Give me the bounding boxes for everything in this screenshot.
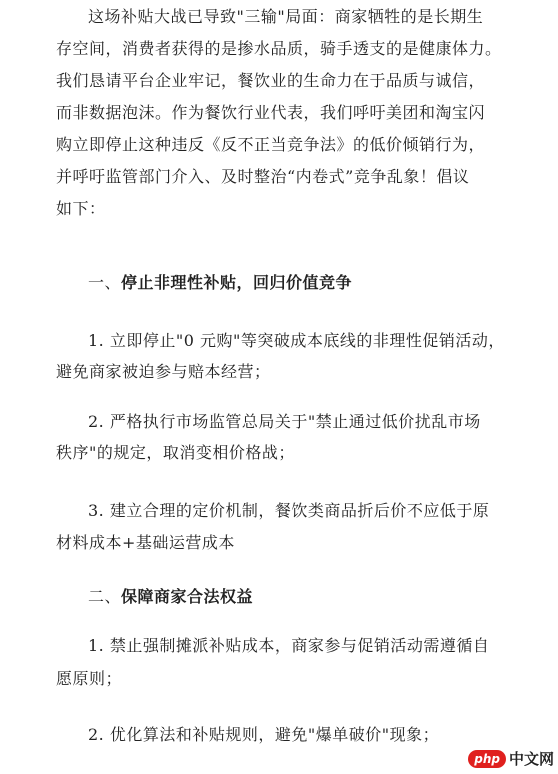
paragraph-line: 我们恳请平台企业牢记，餐饮业的生命力在于品质与诚信，: [56, 71, 526, 91]
section-title: 保障商家合法权益: [121, 587, 253, 606]
paragraph-line: 并呼吁监管部门介入、及时整治“内卷式”竞争乱象！倡议: [56, 167, 526, 187]
section-heading: 一、停止非理性补贴，回归价值竞争: [88, 273, 528, 293]
item-line: 秩序"的规定，取消变相价格战；: [56, 443, 526, 463]
php-logo-icon: php: [468, 750, 506, 768]
watermark-logo: php 中文网: [468, 750, 554, 768]
item-line: 1. 禁止强制摊派补贴成本，商家参与促销活动需遵循自: [88, 636, 528, 656]
paragraph-line: 存空间，消费者获得的是掺水品质，骑手透支的是健康体力。: [56, 39, 526, 59]
item-line: 2. 严格执行市场监管总局关于"禁止通过低价扰乱市场: [88, 412, 528, 432]
paragraph-line: 购立即停止这种违反《反不正当竞争法》的低价倾销行为，: [56, 135, 526, 155]
section-number: 一、: [88, 273, 121, 292]
item-line: 避免商家被迫参与赔本经营；: [56, 362, 526, 382]
item-line: 1. 立即停止"0 元购"等突破成本底线的非理性促销活动，: [88, 331, 528, 351]
watermark-site-text: 中文网: [509, 750, 554, 768]
item-line: 材料成本+基础运营成本: [56, 533, 526, 553]
paragraph-line: 而非数据泡沫。作为餐饮行业代表，我们呼吁美团和淘宝闪: [56, 103, 526, 123]
section-heading: 二、保障商家合法权益: [88, 587, 528, 607]
item-line: 3. 建立合理的定价机制，餐饮类商品折后价不应低于原: [88, 501, 528, 521]
paragraph-line: 如下：: [56, 199, 526, 219]
section-number: 二、: [88, 587, 121, 606]
paragraph-line: 这场补贴大战已导致"三输"局面：商家牺牲的是长期生: [88, 7, 528, 27]
item-line: 愿原则；: [56, 669, 526, 689]
item-line: 2. 优化算法和补贴规则，避免"爆单破价"现象；: [88, 725, 528, 745]
section-title: 停止非理性补贴，回归价值竞争: [121, 273, 352, 292]
